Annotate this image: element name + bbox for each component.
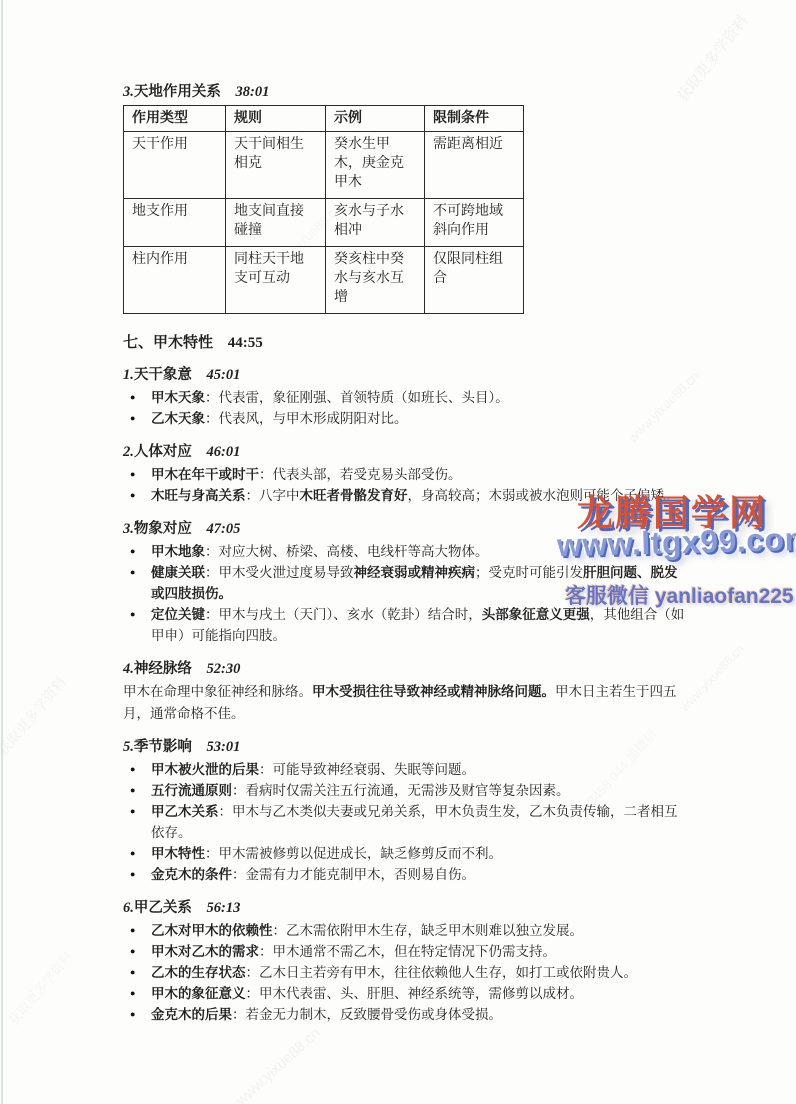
list-item: ●甲木在年干或时干：代表头部，若受克易头部受伤。	[123, 464, 690, 485]
section-heading-tiandi: 3.天地作用关系 38:01	[123, 84, 690, 101]
emphasis-text: 乙木天象	[151, 411, 205, 426]
diagonal-watermark: 获取更多学资料	[3, 947, 76, 1029]
body-text: ：代表风，与甲木形成阴阳对比。	[205, 411, 408, 426]
bullet-icon: ●	[130, 801, 135, 822]
timestamp: 47:05	[207, 521, 241, 537]
list-item: ●金克木的后果：若金无力制木，反致腰骨受伤或身体受损。	[123, 1004, 690, 1025]
diagonal-watermark: www.yixue88.cn	[233, 1024, 324, 1104]
bullet-icon: ●	[130, 941, 135, 962]
table-row: 地支作用地支间直接碰撞亥水与子水相冲不可跨地域斜向作用	[124, 199, 524, 247]
list-item: ●甲木对乙木的需求：甲木通常不需乙木，但在特定情况下仍需支持。	[123, 941, 690, 962]
section-number: 1.	[123, 367, 134, 383]
list-item: ●乙木对甲木的依赖性：乙木需依附甲木生存，缺乏甲木则难以独立发展。	[123, 920, 690, 941]
list-item-text: 甲木特性：甲木需被修剪以促进成长，缺乏修剪反而不利。	[151, 846, 502, 861]
emphasis-text: 甲木的象征意义	[151, 986, 246, 1001]
list-item-text: 甲木被火泄的后果：可能导致神经衰弱、失眠等问题。	[151, 762, 475, 777]
emphasis-text: 乙木对甲木的依赖性	[151, 923, 273, 938]
list-item-text: 甲木对乙木的需求：甲木通常不需乙木，但在特定情况下仍需支持。	[151, 944, 556, 959]
emphasis-text: 木旺者骨骼发育好	[300, 488, 408, 503]
section-title: 天地作用关系	[134, 84, 221, 100]
emphasis-text: 木旺与身高关系	[151, 488, 246, 503]
table-cell: 天干作用	[124, 132, 226, 199]
body-text: ：甲木受火泄过度易导致	[205, 565, 354, 580]
emphasis-text: 甲乙木关系	[151, 804, 219, 819]
list-item: ●乙木天象：代表风，与甲木形成阴阳对比。	[123, 408, 690, 429]
section-tiangan-xiangyi: 1.天干象意 45:01 ●甲木天象：代表雷，象征刚强、首领特质（如班长、头目）…	[123, 367, 690, 429]
interaction-rules-table: 作用类型 规则 示例 限制条件 天干作用天干间相生相克癸水生甲木，庚金克甲木需距…	[123, 105, 524, 314]
body-text: ：对应大树、桥梁、高楼、电线杆等高大物体。	[205, 544, 489, 559]
section-number: 2.	[123, 444, 134, 460]
timestamp: 56:13	[207, 900, 241, 916]
table-cell: 癸亥柱中癸水与亥水互增	[326, 247, 425, 314]
section-title: 天干象意	[134, 367, 192, 383]
table-cell: 同柱天干地支可互动	[226, 247, 326, 314]
body-text: ：若金无力制木，反致腰骨受伤或身体受损。	[232, 1007, 502, 1022]
section-jiayi-guanxi: 6.甲乙关系 56:13 ●乙木对甲木的依赖性：乙木需依附甲木生存，缺乏甲木则难…	[123, 900, 690, 1025]
list-item-text: 甲木天象：代表雷，象征刚强、首领特质（如班长、头目）。	[151, 390, 509, 405]
body-text: ：可能导致神经衰弱、失眠等问题。	[259, 762, 475, 777]
list-item-text: 金克木的后果：若金无力制木，反致腰骨受伤或身体受损。	[151, 1007, 502, 1022]
emphasis-text: 甲木特性	[151, 846, 205, 861]
list-item: ●甲木天象：代表雷，象征刚强、首领特质（如班长、头目）。	[123, 387, 690, 408]
section-jijie-yingxiang: 5.季节影响 53:01 ●甲木被火泄的后果：可能导致神经衰弱、失眠等问题。●五…	[123, 739, 690, 885]
body-text: ：甲木代表雷、头、肝胆、神经系统等，需修剪以成材。	[246, 986, 584, 1001]
body-text: ：乙木需依附甲木生存，缺乏甲木则难以独立发展。	[273, 923, 584, 938]
chapter-number: 七、	[123, 335, 153, 351]
list-item: ●甲乙木关系：甲木与乙木类似夫妻或兄弟关系，甲木负责生发，乙木负责传输，二者相互…	[123, 801, 690, 843]
section-shenjing-mailuo: 4.神经脉络 52:30 甲木在命理中象征神经和脉络。甲木受损往往导致神经或精神…	[123, 661, 690, 724]
bullet-icon: ●	[130, 485, 135, 506]
section-paragraph: 甲木在命理中象征神经和脉络。甲木受损往往导致神经或精神脉络问题。甲木日主若生于四…	[123, 681, 690, 724]
emphasis-text: 五行流通原则	[151, 783, 232, 798]
list-item-text: 甲木的象征意义：甲木代表雷、头、肝胆、神经系统等，需修剪以成材。	[151, 986, 583, 1001]
bullet-icon: ●	[130, 983, 135, 1004]
section-title: 季节影响	[134, 739, 192, 755]
bullet-icon: ●	[130, 387, 135, 408]
table-cell: 癸水生甲木，庚金克甲木	[326, 132, 425, 199]
table-header-cell: 示例	[326, 106, 425, 132]
body-text: ：看病时仅需关注五行流通，无需涉及财官等复杂因素。	[232, 783, 570, 798]
bullet-icon: ●	[130, 962, 135, 983]
list-item-text: 乙木天象：代表风，与甲木形成阴阳对比。	[151, 411, 408, 426]
emphasis-text: 金克木的后果	[151, 1007, 232, 1022]
section-heading: 2.人体对应 46:01	[123, 444, 690, 461]
section-heading: 5.季节影响 53:01	[123, 739, 690, 756]
page-edge-shadow	[1, 0, 3, 1104]
table-header-row: 作用类型 规则 示例 限制条件	[124, 106, 524, 132]
body-text: ：甲木与乙木类似夫妻或兄弟关系，甲木负责生发，乙木负责传输，二者相互依存。	[151, 804, 678, 840]
section-number: 4.	[123, 661, 134, 677]
bullet-icon: ●	[130, 604, 135, 625]
list-item-text: 五行流通原则：看病时仅需关注五行流通，无需涉及财官等复杂因素。	[151, 783, 570, 798]
timestamp: 45:01	[207, 367, 241, 383]
timestamp: 53:01	[207, 739, 241, 755]
table-cell: 地支作用	[124, 199, 226, 247]
emphasis-text: 定位关键	[151, 607, 205, 622]
body-text: ：代表头部，若受克易头部受伤。	[259, 467, 462, 482]
list-item: ●乙木的生存状态：乙木日主若旁有甲木，往往依赖他人生存，如打工或依附贵人。	[123, 962, 690, 983]
table-cell: 天干间相生相克	[226, 132, 326, 199]
emphasis-text: 乙木的生存状态	[151, 965, 246, 980]
bullet-icon: ●	[130, 541, 135, 562]
bullet-icon: ●	[130, 1004, 135, 1025]
section-heading: 1.天干象意 45:01	[123, 367, 690, 384]
emphasis-text: 甲木在年干或时干	[151, 467, 259, 482]
list-item: ●定位关键：甲木与戌土（天门）、亥水（乾卦）结合时，头部象征意义更强，其他组合（…	[123, 604, 690, 646]
table-row: 天干作用天干间相生相克癸水生甲木，庚金克甲木需距离相近	[124, 132, 524, 199]
list-item: ●甲木被火泄的后果：可能导致神经衰弱、失眠等问题。	[123, 759, 690, 780]
watermark-wechat-contact: 客服微信 yanliaofan225	[565, 580, 794, 610]
body-text: 甲木在命理中象征神经和脉络。	[123, 684, 312, 699]
emphasis-text: 甲木天象	[151, 390, 205, 405]
list-item-text: 乙木的生存状态：乙木日主若旁有甲木，往往依赖他人生存，如打工或依附贵人。	[151, 965, 637, 980]
section-number: 3.	[123, 521, 134, 537]
list-item-text: 甲木在年干或时干：代表头部，若受克易头部受伤。	[151, 467, 462, 482]
section-title: 甲乙关系	[134, 900, 192, 916]
bullet-icon: ●	[130, 562, 135, 583]
list-item: ●五行流通原则：看病时仅需关注五行流通，无需涉及财官等复杂因素。	[123, 780, 690, 801]
table-cell: 亥水与子水相冲	[326, 199, 425, 247]
bullet-icon: ●	[130, 408, 135, 429]
table-cell: 需距离相近	[425, 132, 524, 199]
bullet-icon: ●	[130, 759, 135, 780]
section-heading: 4.神经脉络 52:30	[123, 661, 690, 678]
chapter-title: 甲木特性	[153, 335, 213, 351]
chapter-heading-jiamu: 七、甲木特性 44:55	[123, 335, 690, 352]
section-title: 神经脉络	[134, 661, 192, 677]
table-header-cell: 限制条件	[425, 106, 524, 132]
timestamp: 46:01	[207, 444, 241, 460]
timestamp: 44:55	[228, 335, 263, 351]
section-number: 5.	[123, 739, 134, 755]
body-text: ：甲木与戌土（天门）、亥水（乾卦）结合时，	[205, 607, 482, 622]
bullet-icon: ●	[130, 864, 135, 885]
emphasis-text: 金克木的条件	[151, 867, 232, 882]
body-text: ：甲木通常不需乙木，但在特定情况下仍需支持。	[259, 944, 556, 959]
timestamp: 38:01	[236, 84, 270, 100]
emphasis-text: 健康关联	[151, 565, 205, 580]
table-cell: 不可跨地域斜向作用	[425, 199, 524, 247]
section-heading: 6.甲乙关系 56:13	[123, 900, 690, 917]
list-item: ●甲木的象征意义：甲木代表雷、头、肝胆、神经系统等，需修剪以成材。	[123, 983, 690, 1004]
table-cell: 柱内作用	[124, 247, 226, 314]
table-row: 柱内作用同柱天干地支可互动癸亥柱中癸水与亥水互增仅限同柱组合	[124, 247, 524, 314]
list-item-text: 乙木对甲木的依赖性：乙木需依附甲木生存，缺乏甲木则难以独立发展。	[151, 923, 583, 938]
timestamp: 52:30	[207, 661, 241, 677]
diagonal-watermark: 获取更多学资料	[0, 672, 71, 760]
section-number: 6.	[123, 900, 134, 916]
emphasis-text: 甲木对乙木的需求	[151, 944, 259, 959]
bullet-icon: ●	[130, 464, 135, 485]
table-header-cell: 作用类型	[124, 106, 226, 132]
list-item-text: 定位关键：甲木与戌土（天门）、亥水（乾卦）结合时，头部象征意义更强，其他组合（如…	[151, 607, 684, 643]
list-item: ●甲木特性：甲木需被修剪以促进成长，缺乏修剪反而不利。	[123, 843, 690, 864]
section-number: 3.	[123, 84, 134, 100]
list-item-text: 金克木的条件：金需有力才能克制甲木，否则易自伤。	[151, 867, 475, 882]
list-item-text: 甲乙木关系：甲木与乙木类似夫妻或兄弟关系，甲木负责生发，乙木负责传输，二者相互依…	[151, 804, 678, 840]
watermark-site-url: www.ltgx99.com	[557, 521, 796, 565]
bullet-icon: ●	[130, 780, 135, 801]
body-text: ：甲木需被修剪以促进成长，缺乏修剪反而不利。	[205, 846, 502, 861]
table-cell: 地支间直接碰撞	[226, 199, 326, 247]
body-text: ：代表雷，象征刚强、首领特质（如班长、头目）。	[205, 390, 509, 405]
body-text: ；受克时可能引发	[475, 565, 583, 580]
body-text: ：八字中	[246, 488, 300, 503]
list-item-text: 甲木地象：对应大树、桥梁、高楼、电线杆等高大物体。	[151, 544, 489, 559]
emphasis-text: 甲木受损往往导致神经或精神脉络问题。	[312, 684, 555, 699]
bullet-icon: ●	[130, 920, 135, 941]
bullet-icon: ●	[130, 843, 135, 864]
table-header-cell: 规则	[226, 106, 326, 132]
emphasis-text: 甲木地象	[151, 544, 205, 559]
section-title: 物象对应	[134, 521, 192, 537]
emphasis-text: 神经衰弱或精神疾病	[354, 565, 476, 580]
body-text: ：金需有力才能克制甲木，否则易自伤。	[232, 867, 475, 882]
section-title: 人体对应	[134, 444, 192, 460]
table-cell: 仅限同柱组合	[425, 247, 524, 314]
list-item: ●金克木的条件：金需有力才能克制甲木，否则易自伤。	[123, 864, 690, 885]
body-text: ：乙木日主若旁有甲木，往往依赖他人生存，如打工或依附贵人。	[246, 965, 638, 980]
emphasis-text: 甲木被火泄的后果	[151, 762, 259, 777]
